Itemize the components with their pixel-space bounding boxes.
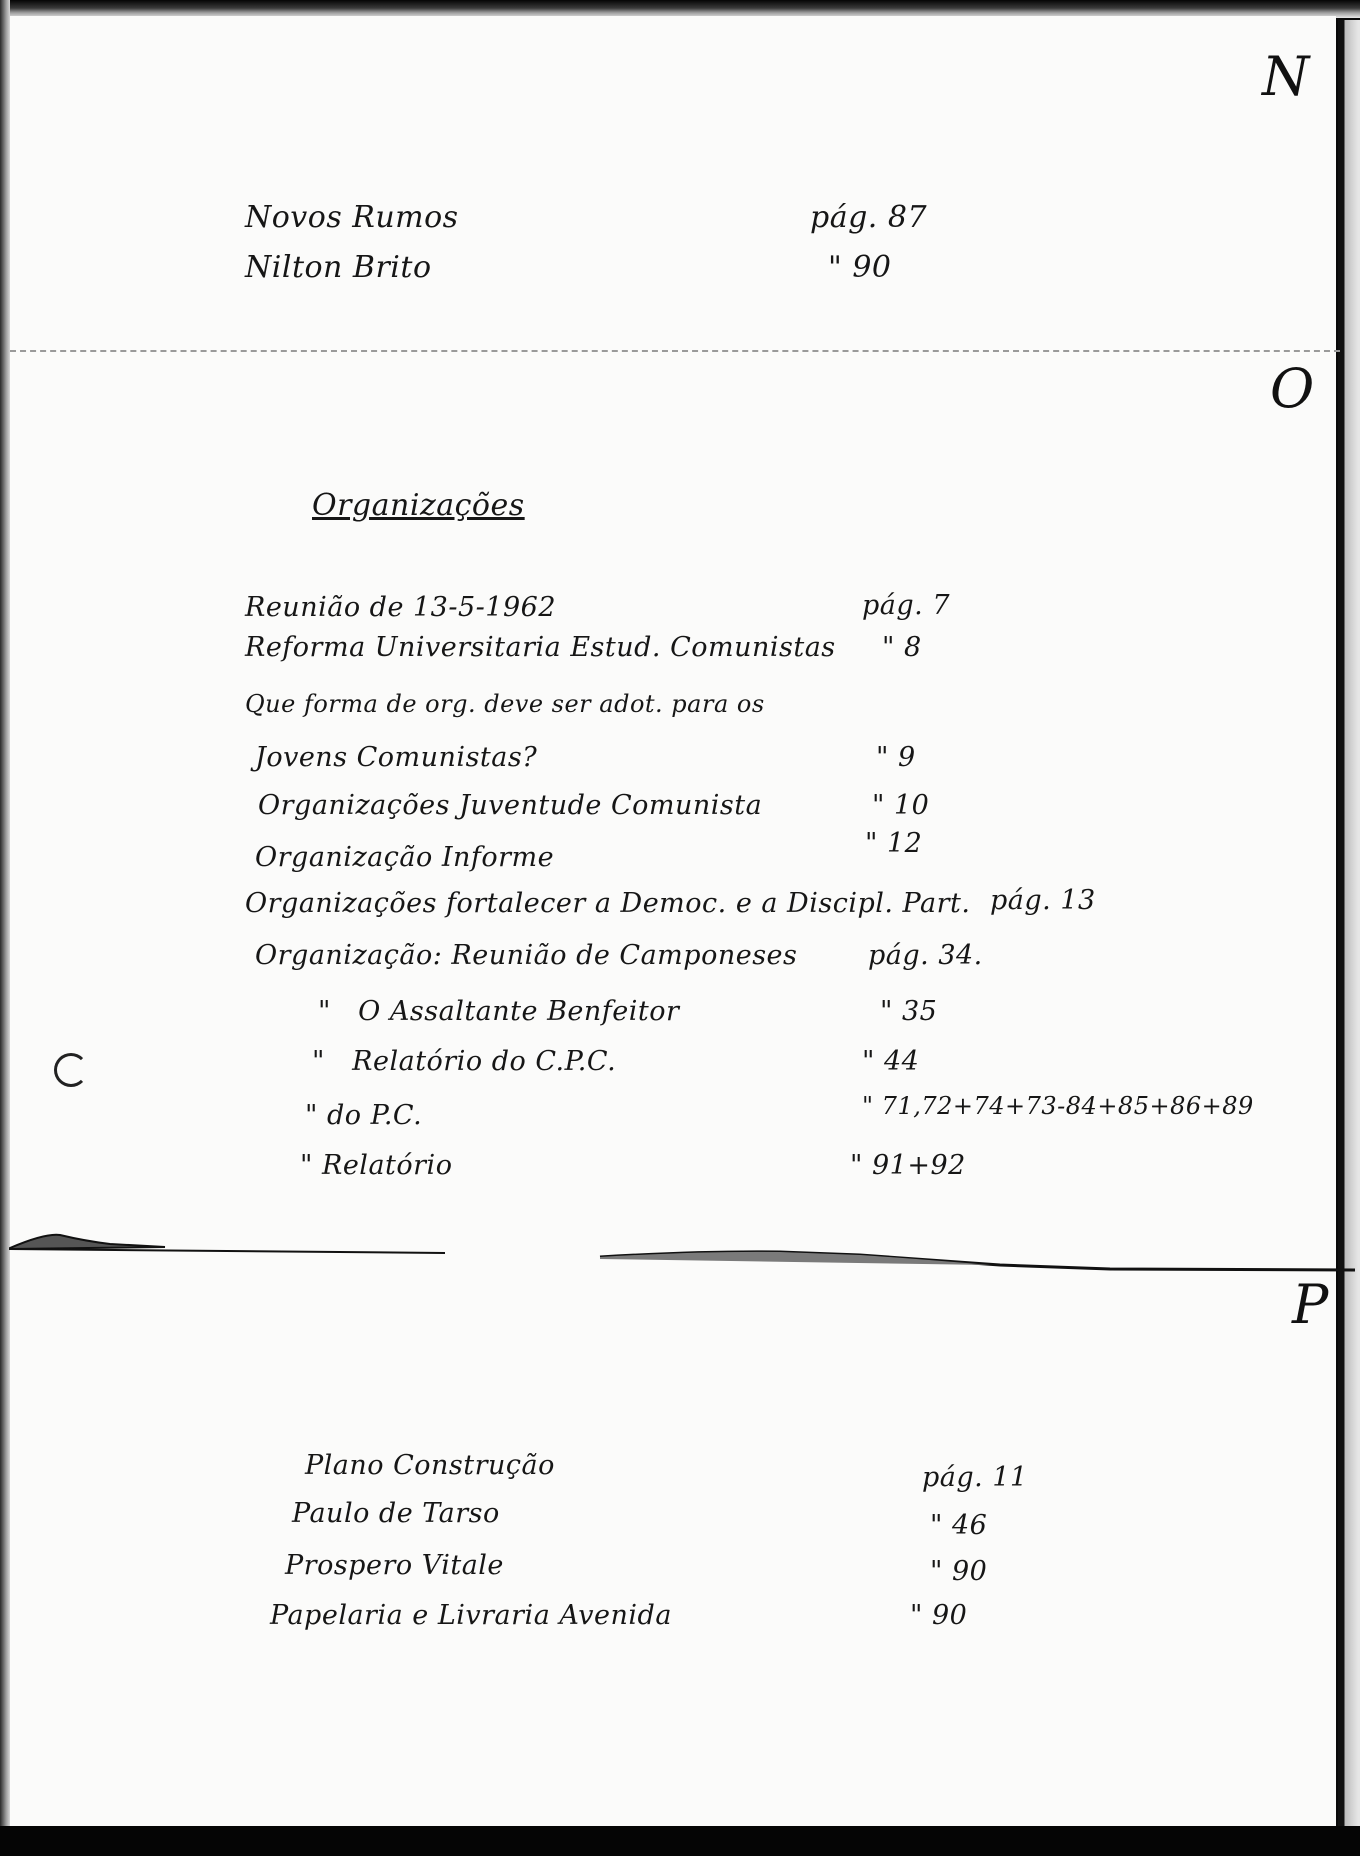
entry-title: Organização Informe xyxy=(255,842,554,873)
entry-page: " 35 xyxy=(880,996,937,1027)
section-heading: Organizações xyxy=(312,488,525,523)
entry-page: pág. 7 xyxy=(862,590,950,621)
index-page xyxy=(8,16,1336,1826)
entry-page: " 71,72+74+73-84+85+86+89 xyxy=(862,1092,1254,1120)
entry-title: Organizações Juventude Comunista xyxy=(258,790,762,821)
entry-page: pág. 11 xyxy=(922,1462,1028,1493)
entry-title: Plano Construção xyxy=(305,1450,555,1481)
entry-title: Organizações fortalecer a Democ. e a Dis… xyxy=(245,888,970,919)
entry-page: " 90 xyxy=(828,250,892,285)
entry-title: Prospero Vitale xyxy=(285,1550,504,1581)
entry-page: " 44 xyxy=(862,1046,919,1077)
entry-title: Que forma de org. deve ser adot. para os xyxy=(245,690,765,718)
entry-page: " 10 xyxy=(872,790,929,821)
scan-right-edge xyxy=(1338,20,1360,1830)
entry-page: " 91+92 xyxy=(850,1150,966,1181)
card-divider xyxy=(0,1225,1360,1285)
entry-title: Nilton Brito xyxy=(245,250,432,285)
entry-title: " Relatório xyxy=(300,1150,452,1181)
index-letter-p: P xyxy=(1292,1278,1328,1332)
entry-title: Reforma Universitaria Estud. Comunistas xyxy=(245,632,836,663)
index-letter-n: N xyxy=(1262,50,1309,104)
entry-title: Jovens Comunistas? xyxy=(255,742,537,773)
scan-bottom-edge xyxy=(0,1826,1360,1856)
entry-page: pág. 13 xyxy=(990,885,1096,916)
entry-title: Organização: Reunião de Camponeses xyxy=(255,940,797,971)
entry-page: pág. 87 xyxy=(810,200,927,235)
card-divider xyxy=(10,350,1340,352)
entry-title: Papelaria e Livraria Avenida xyxy=(270,1600,672,1631)
entry-title: Paulo de Tarso xyxy=(292,1498,500,1529)
entry-page: pág. 34. xyxy=(868,940,983,971)
entry-page: " 90 xyxy=(910,1600,967,1631)
entry-page: " 9 xyxy=(876,742,916,773)
entry-title: " do P.C. xyxy=(305,1100,422,1131)
entry-title: " Relatório do C.P.C. xyxy=(312,1046,616,1077)
entry-title: Novos Rumos xyxy=(245,200,459,235)
scan-left-edge xyxy=(0,0,10,1856)
index-letter-o: O xyxy=(1270,362,1314,416)
entry-page: " 8 xyxy=(882,632,922,663)
entry-page: " 90 xyxy=(930,1556,987,1587)
entry-title: Reunião de 13-5-1962 xyxy=(245,592,556,623)
entry-page: " 46 xyxy=(930,1510,987,1541)
entry-page: " 12 xyxy=(865,828,922,859)
entry-title: " O Assaltante Benfeitor xyxy=(318,996,679,1027)
punch-hole-mark xyxy=(54,1053,88,1087)
